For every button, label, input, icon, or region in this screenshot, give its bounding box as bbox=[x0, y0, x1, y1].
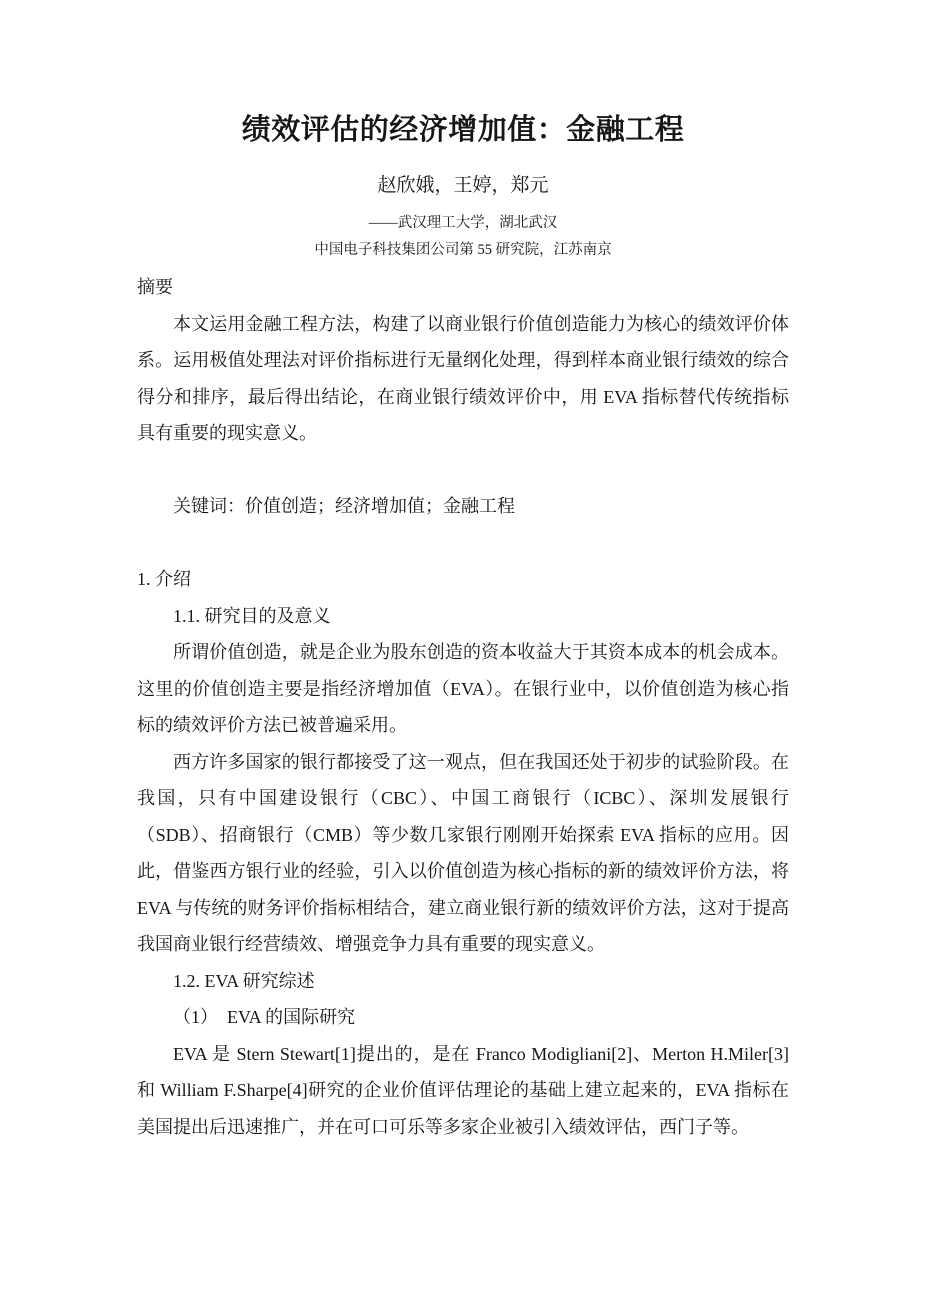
document-page: 绩效评估的经济增加值：金融工程 赵欣娥，王婷，郑元 ——武汉理工大学，湖北武汉 … bbox=[0, 0, 926, 1309]
keywords-line: 关键词：价值创造；经济增加值；金融工程 bbox=[137, 488, 789, 525]
section-1-2-sub1-heading: （1） EVA 的国际研究 bbox=[137, 999, 789, 1036]
section-1-2-heading: 1.2. EVA 研究综述 bbox=[137, 963, 789, 1000]
abstract-text: 本文运用金融工程方法，构建了以商业银行价值创造能力为核心的绩效评价体系。运用极值… bbox=[137, 306, 789, 452]
section-1-1-paragraph-2: 西方许多国家的银行都接受了这一观点，但在我国还处于初步的试验阶段。在我国，只有中… bbox=[137, 744, 789, 963]
section-1-2-paragraph-1: EVA 是 Stern Stewart[1]提出的，是在 Franco Modi… bbox=[137, 1036, 789, 1146]
section-1-1-heading: 1.1. 研究目的及意义 bbox=[137, 598, 789, 635]
document-body: 摘要 本文运用金融工程方法，构建了以商业银行价值创造能力为核心的绩效评价体系。运… bbox=[137, 269, 789, 1145]
paper-title: 绩效评估的经济增加值：金融工程 bbox=[0, 108, 926, 152]
affiliation-secondary: 中国电子科技集团公司第 55 研究院，江苏南京 bbox=[0, 238, 926, 262]
abstract-label: 摘要 bbox=[137, 269, 789, 306]
affiliation-primary: ——武汉理工大学，湖北武汉 bbox=[0, 211, 926, 235]
paper-authors: 赵欣娥，王婷，郑元 bbox=[0, 171, 926, 201]
section-1-1-paragraph-1: 所谓价值创造，就是企业为股东创造的资本收益大于其资本成本的机会成本。这里的价值创… bbox=[137, 634, 789, 744]
section-1-heading: 1. 介绍 bbox=[137, 561, 789, 598]
